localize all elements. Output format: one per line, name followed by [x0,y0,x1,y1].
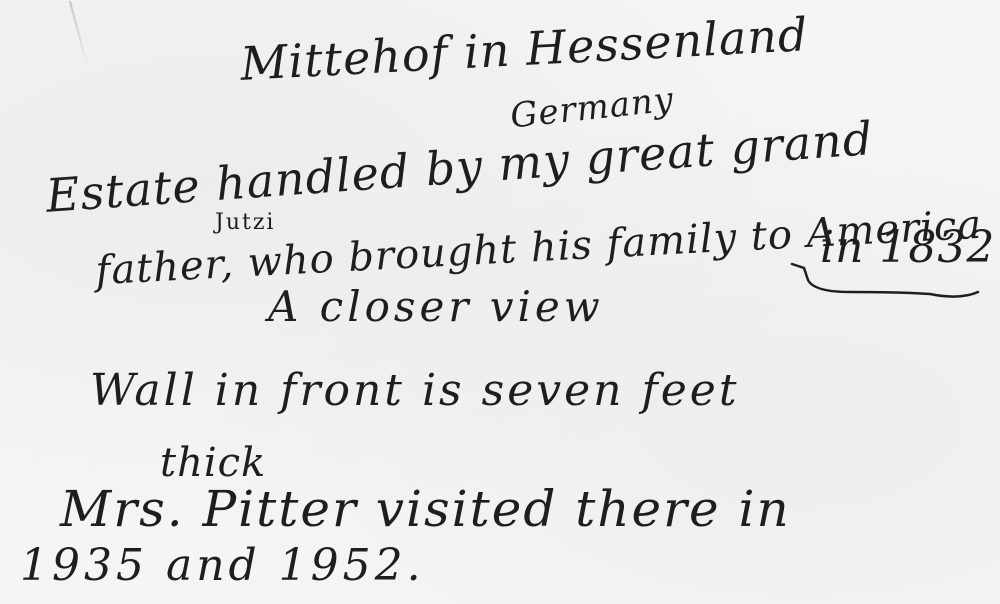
note-line-visit-years: 1935 and 1952. [20,540,425,591]
note-line-wall: Wall in front is seven feet [90,365,740,416]
note-insertion-name: Jutzi [215,210,275,235]
note-line-estate: Estate handled by my great grand [44,111,875,223]
squiggle-underline [790,262,980,302]
note-line-visit: Mrs. Pitter visited there in [60,480,791,538]
handwritten-note-card: Mittehof in Hessenland Germany Estate ha… [0,0,1000,604]
paper-scratch-mark [69,1,89,69]
note-line-location: Mittehof in Hessenland [239,7,810,91]
note-line-closer-view: A closer view [268,282,604,331]
